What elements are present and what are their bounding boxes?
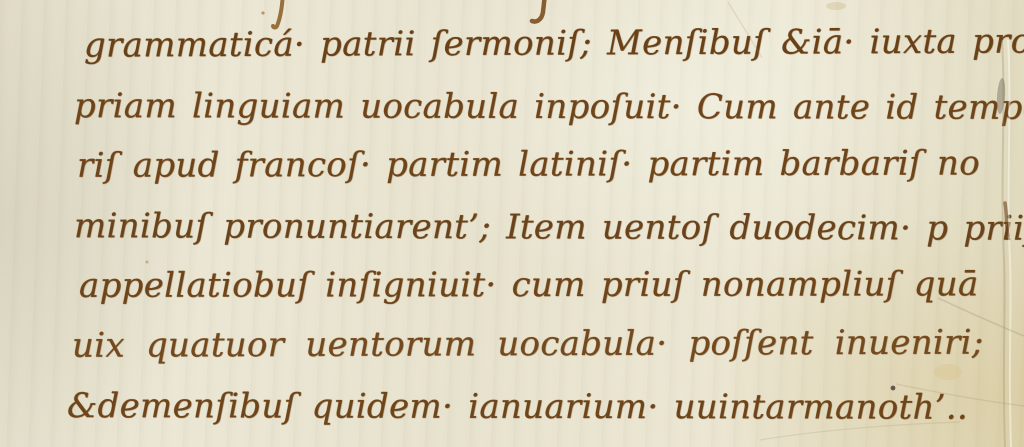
manuscript-page: grammaticá· patrii ſermoniſ; Menſibuſ &i… — [0, 0, 1024, 447]
manuscript-line-6: uix quatuor uentorum uocabula· poſſent i… — [0, 312, 1024, 376]
manuscript-line-7: &demenſibuſ quidem· ianuarium· uuintarma… — [0, 376, 1024, 438]
manuscript-text-block: grammaticá· patrii ſermoniſ; Menſibuſ &i… — [0, 16, 1024, 436]
manuscript-line-2: priam linguiam uocabula inpoſuit· Cum an… — [0, 76, 1024, 138]
manuscript-line-3: riſ apud francoſ· partim latiniſ· partim… — [0, 133, 1024, 196]
stain-top — [826, 2, 846, 10]
manuscript-line-1: grammaticá· patrii ſermoniſ; Menſibuſ &i… — [0, 12, 1024, 76]
manuscript-line-4: minibuſ pronuntiarent’; Item uentoſ duod… — [0, 196, 1024, 259]
manuscript-line-5: appellatiobuſ inſigniuit· cum priuſ nona… — [0, 254, 1024, 316]
